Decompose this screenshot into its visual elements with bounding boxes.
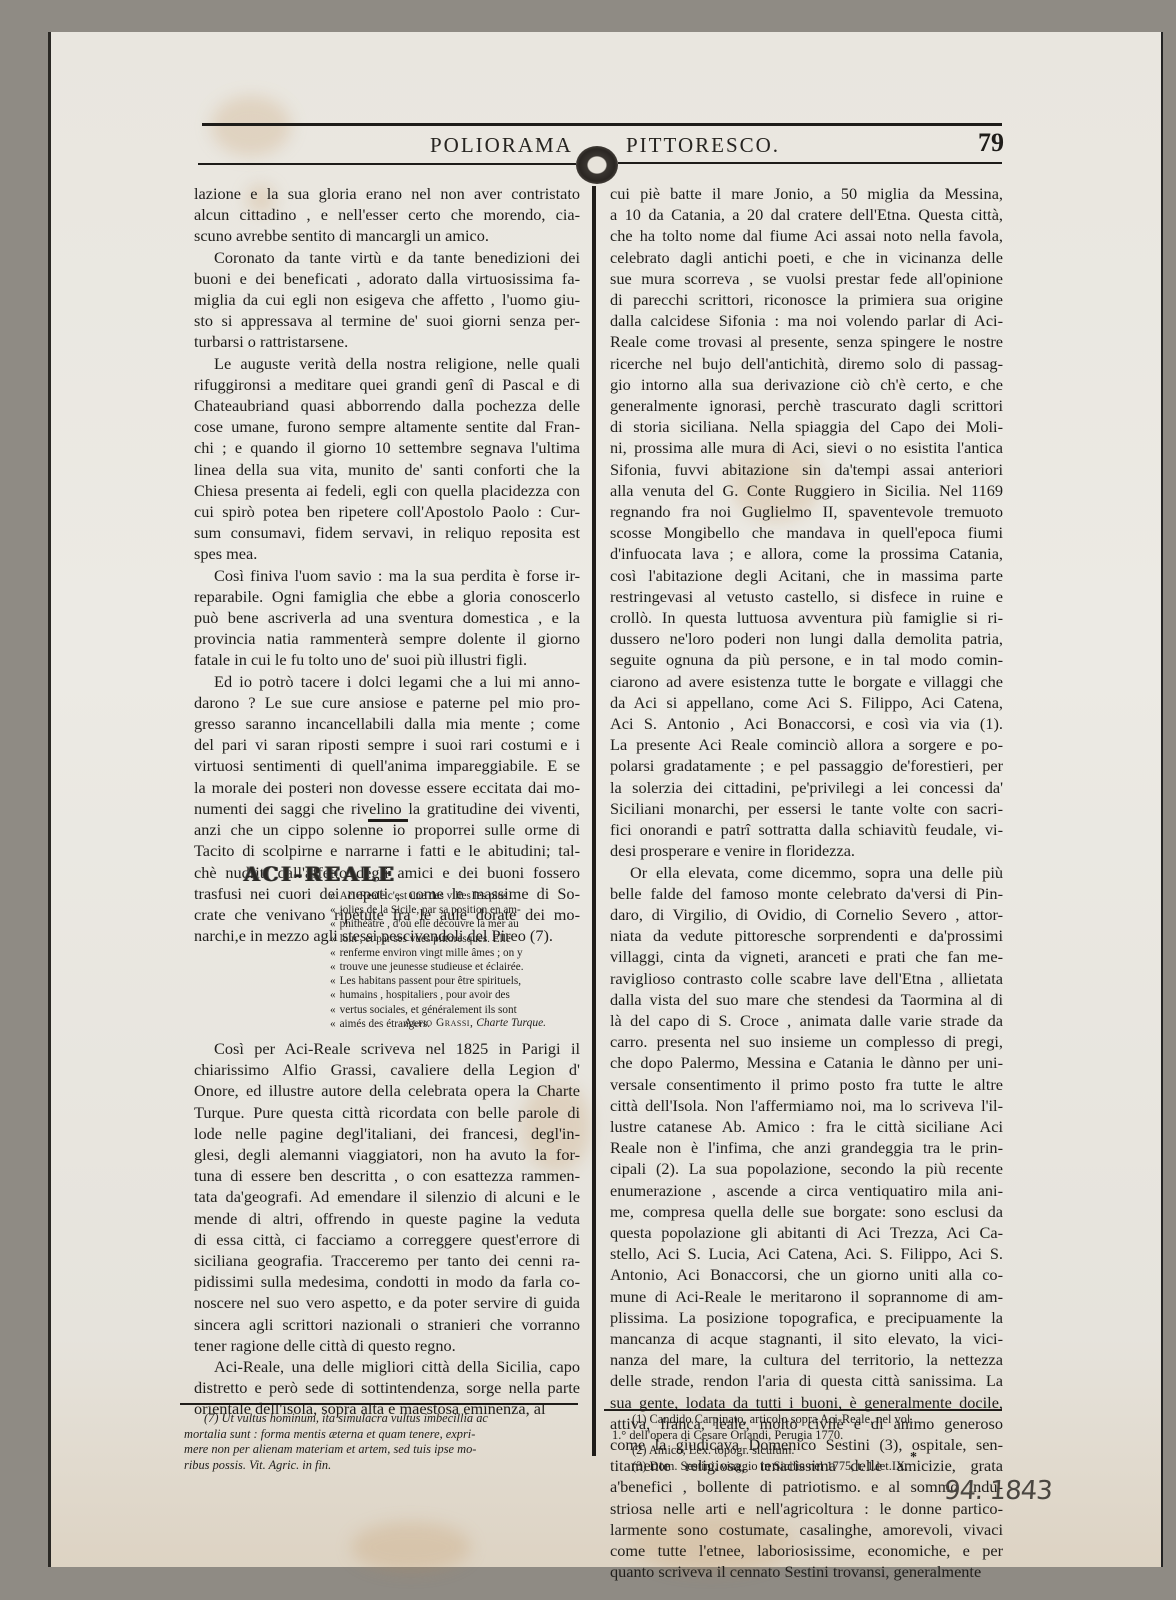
text-line: buoni e dei beneficati , adorato dalla v… — [194, 268, 580, 289]
text-line: cui piè batte il mare Jonio, a 50 miglia… — [610, 183, 1003, 204]
text-line: Aci S. Antonio , Aci Bonaccorsi, e così … — [610, 713, 1003, 734]
text-line: «loin , et par ses vues pittoresques. El… — [330, 932, 578, 946]
text-line: me, compresa quella delle sue borgate: s… — [610, 1201, 1003, 1222]
text-line: scuno avrebbe sentito di mancargli un am… — [194, 225, 580, 246]
text-line: d'infuocata lava ; e allora, come la pro… — [610, 543, 1003, 564]
text-line: che dopo Palermo, Messina e Catania le d… — [610, 1052, 1003, 1073]
text-line: là del capo di S. Croce , animata dalle … — [610, 1010, 1003, 1031]
text-line: Or ella elevata, come dicemmo, sopra una… — [610, 862, 1003, 883]
text-line: larmente sono costumate, casalinghe, amo… — [610, 1519, 1003, 1540]
text-line: ribus possis. Vit. Agric. in fin. — [184, 1458, 580, 1474]
left-column-text: lazione e la sua gloria erano nel non av… — [194, 183, 580, 946]
text-line: Aci-Reale, una delle migliori città dell… — [194, 1356, 580, 1377]
text-line: linea della sua vita, munito de' santi c… — [194, 459, 580, 480]
text-line: seguite ognuna da più persone, e in tal … — [610, 649, 1003, 670]
text-line: turbarsi o rattristarsene. — [194, 331, 580, 352]
asterisk-mark: * — [910, 1450, 917, 1466]
text-line: mere non per alienam materiam et artem, … — [184, 1442, 580, 1458]
text-line: cui spirò potea ben ripetere coll'Aposto… — [194, 501, 580, 522]
running-head-right: PITTORESCO. — [626, 133, 780, 158]
text-line: desi prosperare e venire in floridezza. — [610, 840, 1003, 861]
text-line: come tutte l'etnee, laboriosissime, econ… — [610, 1540, 1003, 1561]
text-line: regnando fra noi Guglielmo II, spaventev… — [610, 501, 1003, 522]
text-line: così l'abitazione degli Acitani, che in … — [610, 565, 1003, 586]
text-line: Antonio, Aci Bonaccorsi, che un giorno u… — [610, 1264, 1003, 1285]
text-line: Chiesa presenta ai fedeli, egli con quel… — [194, 480, 580, 501]
text-line: dalla vista del suo mare che stendesi da… — [610, 989, 1003, 1010]
text-line: Così finiva l'uom savio : ma la sua perd… — [194, 565, 580, 586]
text-line: sto si appressava al termine de' suoi gi… — [194, 310, 580, 331]
text-line: (1) Candido Carpinato, articolo sopra Ac… — [612, 1412, 1004, 1428]
text-line: fatale in cui le fu tolto uno de' suoi p… — [194, 649, 580, 670]
text-line: dussero ne'loro poderi non lungi dalla d… — [610, 628, 1003, 649]
running-head-left: POLIORAMA — [430, 133, 573, 158]
text-line: ciarono ad avere esistenza tutte le borg… — [610, 671, 1003, 692]
text-line: Le auguste verità della nostra religione… — [194, 353, 580, 374]
text-line: da Aci si appellano, come Aci S. Filippo… — [610, 692, 1003, 713]
text-line: tuna di essere ben descritta , o con esa… — [194, 1165, 580, 1186]
page-number: 79 — [978, 128, 1004, 158]
text-line: può bene ascriverla ad una sventura dome… — [194, 607, 580, 628]
section-separator-rule — [368, 819, 408, 822]
text-line: cose umane, furono sempre altamente sent… — [194, 416, 580, 437]
text-line: Tacito di scolpirne e narrarne i fatti e… — [194, 840, 580, 861]
text-line: nanza del mare, la cultura del territori… — [610, 1349, 1003, 1370]
text-line: «phithéâtre , d'où elle découvre la mer … — [330, 917, 578, 931]
text-line: di parecchi scrittori, riconosce la prim… — [610, 289, 1003, 310]
text-line: darono ? Le sue cure ansiose e paterne p… — [194, 692, 580, 713]
text-line: anzi che un cippo solenne io proporrei s… — [194, 819, 580, 840]
text-line: villaggi, cinta da vigneti, aranceti e p… — [610, 946, 1003, 967]
footnote-rule-right — [604, 1409, 1002, 1411]
text-line: mancanza di acque stagnanti, il sito ele… — [610, 1328, 1003, 1349]
text-line: mune di Aci-Reale le meritarono il sopra… — [610, 1286, 1003, 1307]
text-line: virtuosi sentimenti di quell'anima impar… — [194, 755, 580, 776]
text-line: distretto e però sede di sottintendenza,… — [194, 1377, 580, 1398]
text-line: sum consumavi, fidem servavi, in reliquo… — [194, 522, 580, 543]
text-line: «trouve une jeunesse studieuse et éclair… — [330, 960, 578, 974]
text-line: mortalia sunt : forma mentis æterna et q… — [184, 1427, 580, 1443]
text-line: enumerazione , ascende a circa ventiquat… — [610, 1180, 1003, 1201]
header-bottom-rule-right — [618, 162, 1002, 164]
text-line: di storia siciliana. Nella spiaggia del … — [610, 416, 1003, 437]
text-line: alla venuta del G. Conte Ruggiero in Sic… — [610, 480, 1003, 501]
oval-medallion-ornament-icon — [576, 146, 618, 184]
text-line: generalmente ignorasi, perchè trascurato… — [610, 395, 1003, 416]
text-line: (7) Ut vultus hominum, ita simulacra vul… — [184, 1411, 580, 1427]
text-line: glesi, degli alemanni viaggiatori, non h… — [194, 1144, 580, 1165]
text-line: lazione e la sua gloria erano nel non av… — [194, 183, 580, 204]
footnotes-right: (1) Candido Carpinato, articolo sopra Ac… — [612, 1412, 1004, 1474]
text-line: tener ragione delle città di questo regn… — [194, 1335, 580, 1356]
text-line: dalla calcidese Sifonia : ma noi volendo… — [610, 310, 1003, 331]
text-line: restringevasi al vetusto castello, si di… — [610, 586, 1003, 607]
text-line: spes mea. — [194, 543, 580, 564]
text-line: «renferme environ vingt mille âmes ; on … — [330, 946, 578, 960]
text-line: (2) Amico, Lex. topogr. siculum. — [612, 1443, 1004, 1459]
text-line: quanto scriveva il cennato Sestini trova… — [610, 1561, 1003, 1582]
text-line: del pari vi saran riposti sempre i suoi … — [194, 734, 580, 755]
text-line: carro. presenta nel suo insieme un compl… — [610, 1031, 1003, 1052]
text-line: tata da'geografi. Ad emendare il silenzi… — [194, 1186, 580, 1207]
text-line: questa popolazione gli abitanti di Aci T… — [610, 1222, 1003, 1243]
text-line: che ha tolto nome dal fiume Aci assai no… — [610, 225, 1003, 246]
epigraph-work: Charte Turque. — [476, 1017, 546, 1029]
text-line: alcun cittadino , e nell'esser certo che… — [194, 204, 580, 225]
text-line: «humains , hospitaliers , pour avoir des — [330, 988, 578, 1002]
text-line: delle strade, rendon l'aria di questa ci… — [610, 1370, 1003, 1391]
text-line: sincera agli scrittori nazionali o stran… — [194, 1314, 580, 1335]
text-line: di essa città, ci facciamo a correggere … — [194, 1229, 580, 1250]
text-line: pidissimi sulla medesima, condotti in mo… — [194, 1271, 580, 1292]
column-divider — [592, 186, 597, 1456]
text-line: cipali (2). La sua popolazione, secondo … — [610, 1158, 1003, 1179]
text-line: (3) Dom. Sestini, viaggio in Sicilia nel… — [612, 1459, 1004, 1475]
text-line: a 10 da Catania, a 20 dal cratere dell'E… — [610, 204, 1003, 225]
text-line: Reale come trovasi al presente, senza sp… — [610, 331, 1003, 352]
text-line: rifuggironsi a meditare quei grandi genî… — [194, 374, 580, 395]
right-column-text: cui piè batte il mare Jonio, a 50 miglia… — [610, 183, 1003, 1582]
text-line: lustre catanese Ab. Amico : fra le città… — [610, 1116, 1003, 1137]
text-line: siciliana geografia. Tracceremo per tant… — [194, 1250, 580, 1271]
header-bottom-rule-left — [198, 163, 576, 165]
text-line: «Les habitans passent pour être spiritue… — [330, 974, 578, 988]
stain — [211, 96, 291, 156]
header-top-rule — [202, 123, 1002, 126]
text-line: niata da vedute pittoresche sorprendenti… — [610, 925, 1003, 946]
text-line: «vertus sociales, et généralement ils so… — [330, 1003, 578, 1017]
epigraph-attribution: Alfio Grassi, Charte Turque. — [404, 1017, 546, 1029]
text-line: Reale non è l'infima, che anzi grandeggi… — [610, 1137, 1003, 1158]
text-line: plissima. La posizione topografica, e pr… — [610, 1307, 1003, 1328]
text-line: la morale dei posteri non dovesse essere… — [194, 777, 580, 798]
footnotes-left: (7) Ut vultus hominum, ita simulacra vul… — [184, 1411, 580, 1473]
text-line: ricerche nel bujo dell'antichità, diremo… — [610, 353, 1003, 374]
text-line: Turque. Pure questa città ricordata con … — [194, 1102, 580, 1123]
section-title: ACI-REALE — [244, 862, 524, 886]
text-line: chiarissimo Alfio Grassi, cavaliere dell… — [194, 1059, 580, 1080]
text-line: città dell'Isola. Non l'affermiamo noi, … — [610, 1095, 1003, 1116]
stain — [351, 1522, 471, 1572]
text-line: polarsi gradatamente ; e pel passaggio d… — [610, 755, 1003, 776]
text-line: mende di altri, offrendo in queste pagin… — [194, 1208, 580, 1229]
epigraph-author: Alfio Grassi, — [404, 1017, 473, 1029]
text-line: noscere nel suo vero aspetto, e da poter… — [194, 1292, 580, 1313]
text-line: stello, Aci S. Lucia, Aci Catena, Aci. S… — [610, 1243, 1003, 1264]
text-line: belle falde del famoso monte celebrato d… — [610, 883, 1003, 904]
text-line: sue mura scorreva , se vuolsi prestar fe… — [610, 268, 1003, 289]
text-line: Chateaubriand quasi abborrendo dalla poc… — [194, 395, 580, 416]
epigraph-quote: «Aci-Reale c'est une des villes les plus… — [330, 889, 578, 1031]
text-line: Sifonia, fuvvi abitazione sin da'tempi a… — [610, 459, 1003, 480]
text-line: scosse Mongibello che mandava in quell'e… — [610, 522, 1003, 543]
text-line: «jolies de la Sicile, par sa position en… — [330, 903, 578, 917]
left-column-text-continued: Così per Aci-Reale scriveva nel 1825 in … — [194, 1038, 580, 1420]
text-line: ni, prossima alle mura di Aci, sievi o n… — [610, 437, 1003, 458]
text-line: «Aci-Reale c'est une des villes les plus — [330, 889, 578, 903]
text-line: Coronato da tante virtù e da tante bened… — [194, 247, 580, 268]
text-line: Ed io potrò tacere i dolci legami che a … — [194, 671, 580, 692]
text-line: Siciliani monarchi, per essersi le tante… — [610, 798, 1003, 819]
text-line: versale consentimento il primo posto fra… — [610, 1074, 1003, 1095]
text-line: daro, di Virgilio, di Ovidio, di Corneli… — [610, 904, 1003, 925]
text-line: miglia da cui egli non esigeva che affet… — [194, 289, 580, 310]
text-line: fici onorandi e patrî sottratta dalla sc… — [610, 819, 1003, 840]
text-line: la solerzia dei cittadini, pe'privilegi … — [610, 777, 1003, 798]
text-line: 1.° dell'opera di Cesare Orlandi, Perugi… — [612, 1428, 1004, 1444]
text-line: gresso saranno incancellabili dalla mia … — [194, 713, 580, 734]
text-line: lode nelle pagine degl'italiani, dei fra… — [194, 1123, 580, 1144]
text-line: Così per Aci-Reale scriveva nel 1825 in … — [194, 1038, 580, 1059]
text-line: provincia natia rammenterà sempre dolent… — [194, 628, 580, 649]
text-line: gio intorno alla sua derivazione ciò ch'… — [610, 374, 1003, 395]
text-line: numenti dei saggi che rivelino la gratit… — [194, 798, 580, 819]
text-line: reparabile. Ogni famiglia che ebbe a glo… — [194, 586, 580, 607]
text-line: Onore, ed illustre autore della celebrat… — [194, 1080, 580, 1101]
footnote-rule-left — [180, 1403, 578, 1405]
text-line: raviglioso contrasto colle scabre lave d… — [610, 968, 1003, 989]
text-line: La presente Aci Reale cominciò allora a … — [610, 734, 1003, 755]
text-line: crollò. In questa luttuosa avventura più… — [610, 607, 1003, 628]
handwritten-note: 94. 1843 — [943, 1476, 1053, 1506]
text-line: chi ; e quando il giorno 10 settembre se… — [194, 437, 580, 458]
text-line: celebrato dagli antichi poeti, e che in … — [610, 247, 1003, 268]
